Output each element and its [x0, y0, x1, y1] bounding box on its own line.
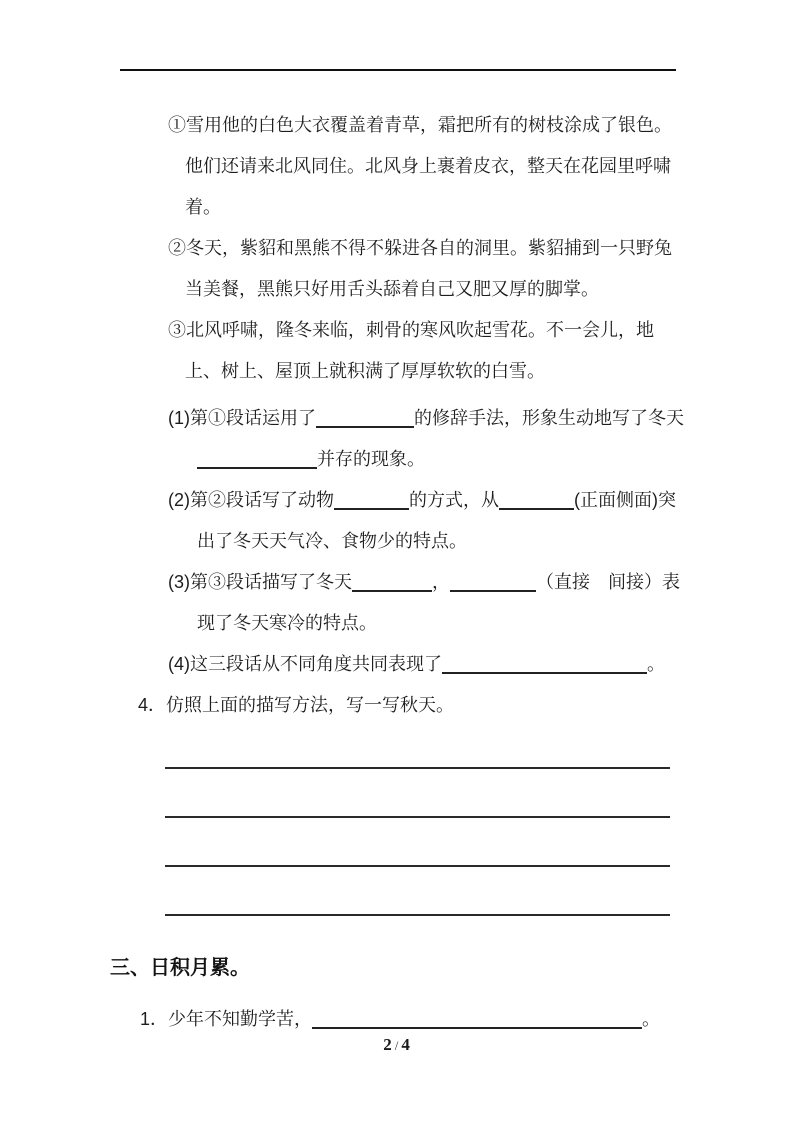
document-body: ①雪用他的白色大衣覆盖着青草，霜把所有的树枝涂成了银色。他们还请来北风同住。北风… [110, 71, 685, 1040]
passage: ①雪用他的白色大衣覆盖着青草，霜把所有的树枝涂成了银色。他们还请来北风同住。北风… [168, 105, 673, 228]
text-run: 。 [647, 654, 665, 674]
section-three-items: 1．少年不知勤学苦，。 [110, 999, 685, 1040]
reading-passages: ①雪用他的白色大衣覆盖着青草，霜把所有的树枝涂成了银色。他们还请来北风同住。北风… [110, 105, 685, 392]
blank-writing-line [165, 867, 670, 916]
text-run: (1)第①段话运用了 [168, 408, 316, 428]
text-run: 。 [642, 1009, 660, 1029]
list-item: 1．少年不知勤学苦，。 [140, 999, 685, 1040]
text-run: (4)这三段话从不同角度共同表现了 [168, 654, 442, 674]
answer-blank [499, 493, 574, 510]
text-run: ①雪用他的白色大衣覆盖着青草，霜把所有的树枝涂成了银色。他们还请来北风同住。北风… [168, 115, 672, 217]
passage: ③北风呼啸，隆冬来临，刺骨的寒风吹起雪花。不一会儿，地上、树上、屋顶上就积满了厚… [168, 310, 673, 392]
answer-blank [334, 493, 409, 510]
blank-writing-line [165, 726, 670, 769]
answer-blank [352, 575, 432, 592]
text-run: 并存的现象。 [317, 449, 425, 469]
total-page-count: 4 [401, 1035, 410, 1054]
passage: ②冬天，紫貂和黑熊不得不躲进各自的洞里。紫貂捕到一只野兔当美餐，黑熊只好用舌头舔… [168, 228, 673, 310]
blank-writing-line [165, 769, 670, 818]
section-three-title: 三、日积月累。 [110, 948, 685, 989]
question: (4)这三段话从不同角度共同表现了。 [168, 644, 685, 685]
writing-answer-lines [165, 726, 670, 916]
question: (1)第①段话运用了的修辞手法，形象生动地写了冬天并存的现象。 [168, 398, 685, 480]
page-number-separator: / [392, 1038, 402, 1053]
text-run: 的方式，从 [409, 490, 499, 510]
page-footer: 2/4 [0, 1035, 793, 1055]
answer-blank [312, 1012, 642, 1029]
text-run: ③北风呼啸，隆冬来临，刺骨的寒风吹起雪花。不一会儿，地上、树上、屋顶上就积满了厚… [168, 320, 654, 381]
question: (2)第②段话写了动物的方式，从(正面侧面)突出了冬天天气冷、食物少的特点。 [168, 480, 685, 562]
text-run: 4．仿照上面的描写方法，写一写秋天。 [138, 695, 454, 715]
blank-writing-line [165, 818, 670, 867]
answer-blank [316, 411, 414, 428]
comprehension-questions: (1)第①段话运用了的修辞手法，形象生动地写了冬天并存的现象。(2)第②段话写了… [110, 398, 685, 685]
question: (3)第③段话描写了冬天，（直接 间接）表现了冬天寒冷的特点。 [168, 562, 685, 644]
text-run: ， [432, 572, 450, 592]
writing-task-item: 4．仿照上面的描写方法，写一写秋天。 [138, 685, 685, 726]
answer-blank [197, 452, 317, 469]
text-run: (3)第③段话描写了冬天 [168, 572, 352, 592]
text-run: 1．少年不知勤学苦， [140, 1009, 312, 1029]
worksheet-page: ①雪用他的白色大衣覆盖着青草，霜把所有的树枝涂成了银色。他们还请来北风同住。北风… [0, 0, 793, 1122]
current-page-number: 2 [383, 1035, 392, 1054]
text-run: 的修辞手法，形象生动地写了冬天 [414, 408, 684, 428]
text-run: (2)第②段话写了动物 [168, 490, 334, 510]
answer-blank [450, 575, 536, 592]
answer-blank [442, 657, 647, 674]
text-run: ②冬天，紫貂和黑熊不得不躲进各自的洞里。紫貂捕到一只野兔当美餐，黑熊只好用舌头舔… [168, 238, 672, 299]
